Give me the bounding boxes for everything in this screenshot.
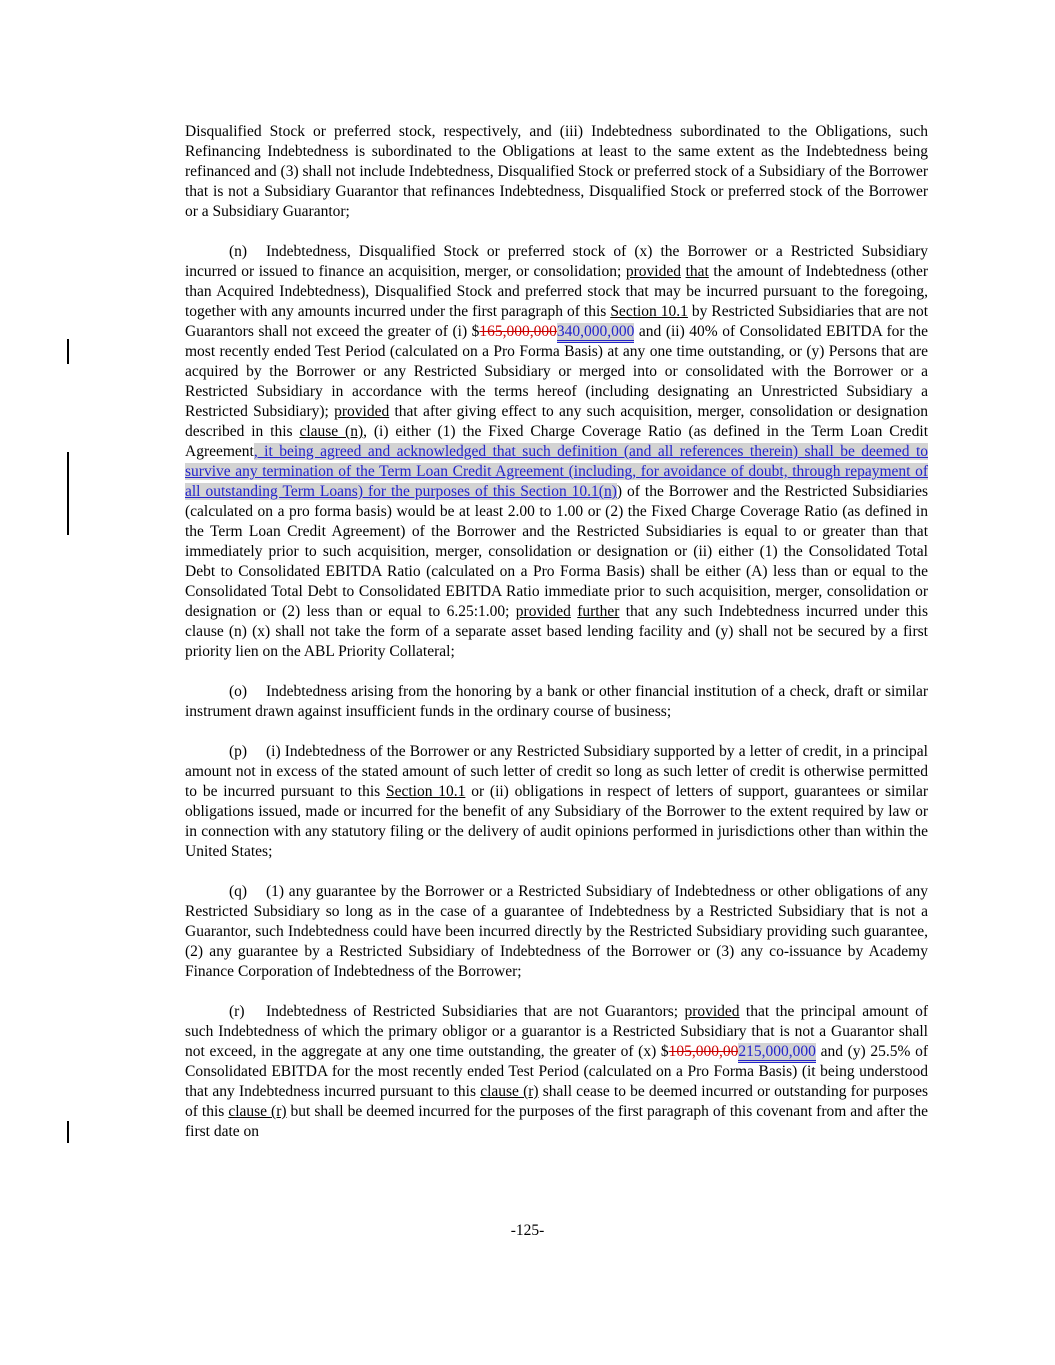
- underlined-term: clause (n): [299, 423, 363, 440]
- underlined-term: that: [686, 263, 709, 280]
- deleted-text: 165,000,000: [479, 323, 557, 340]
- text-run: Disqualified Stock or preferred stock, r…: [185, 123, 928, 220]
- text-run: Indebtedness arising from the honoring b…: [185, 683, 928, 720]
- underlined-term: clause (r): [480, 1083, 538, 1100]
- page-number: -125-: [0, 1221, 1055, 1241]
- underlined-term: Section 10.1: [386, 783, 465, 800]
- underlined-term: clause (r): [228, 1103, 286, 1120]
- underlined-term: further: [577, 603, 619, 620]
- paragraph: (p)(i) Indebtedness of the Borrower or a…: [185, 742, 928, 862]
- underlined-term: Section 10.1: [610, 303, 688, 320]
- deleted-text: 105,000,00: [669, 1043, 739, 1060]
- paragraph: (o)Indebtedness arising from the honorin…: [185, 682, 928, 722]
- paragraph-label: (r): [229, 1002, 266, 1022]
- paragraph: (q)(1) any guarantee by the Borrower or …: [185, 882, 928, 982]
- paragraph-label: (n): [229, 242, 266, 262]
- paragraph: (n)Indebtedness, Disqualified Stock or p…: [185, 242, 928, 662]
- text-run: but shall be deemed incurred for the pur…: [185, 1103, 928, 1140]
- change-bar: [67, 339, 69, 364]
- paragraph-label: (o): [229, 682, 266, 702]
- change-bar: [67, 1121, 69, 1143]
- inserted-amount: 340,000,000: [557, 323, 635, 343]
- document-page: Disqualified Stock or preferred stock, r…: [0, 0, 1055, 1365]
- underlined-term: provided: [334, 403, 389, 420]
- change-bar: [67, 452, 69, 535]
- text-run: Indebtedness of Restricted Subsidiaries …: [266, 1003, 684, 1020]
- paragraph-label: (q): [229, 882, 266, 902]
- inserted-amount: 215,000,000: [738, 1043, 816, 1063]
- underlined-term: provided: [684, 1003, 739, 1020]
- underlined-term: provided: [626, 263, 681, 280]
- underlined-term: provided: [516, 603, 571, 620]
- text-run: ) of the Borrower and the Restricted Sub…: [185, 483, 928, 620]
- document-body: Disqualified Stock or preferred stock, r…: [185, 122, 928, 1142]
- paragraph: Disqualified Stock or preferred stock, r…: [185, 122, 928, 222]
- paragraph: (r)Indebtedness of Restricted Subsidiari…: [185, 1002, 928, 1142]
- text-run: (1) any guarantee by the Borrower or a R…: [185, 883, 928, 980]
- paragraph-label: (p): [229, 742, 266, 762]
